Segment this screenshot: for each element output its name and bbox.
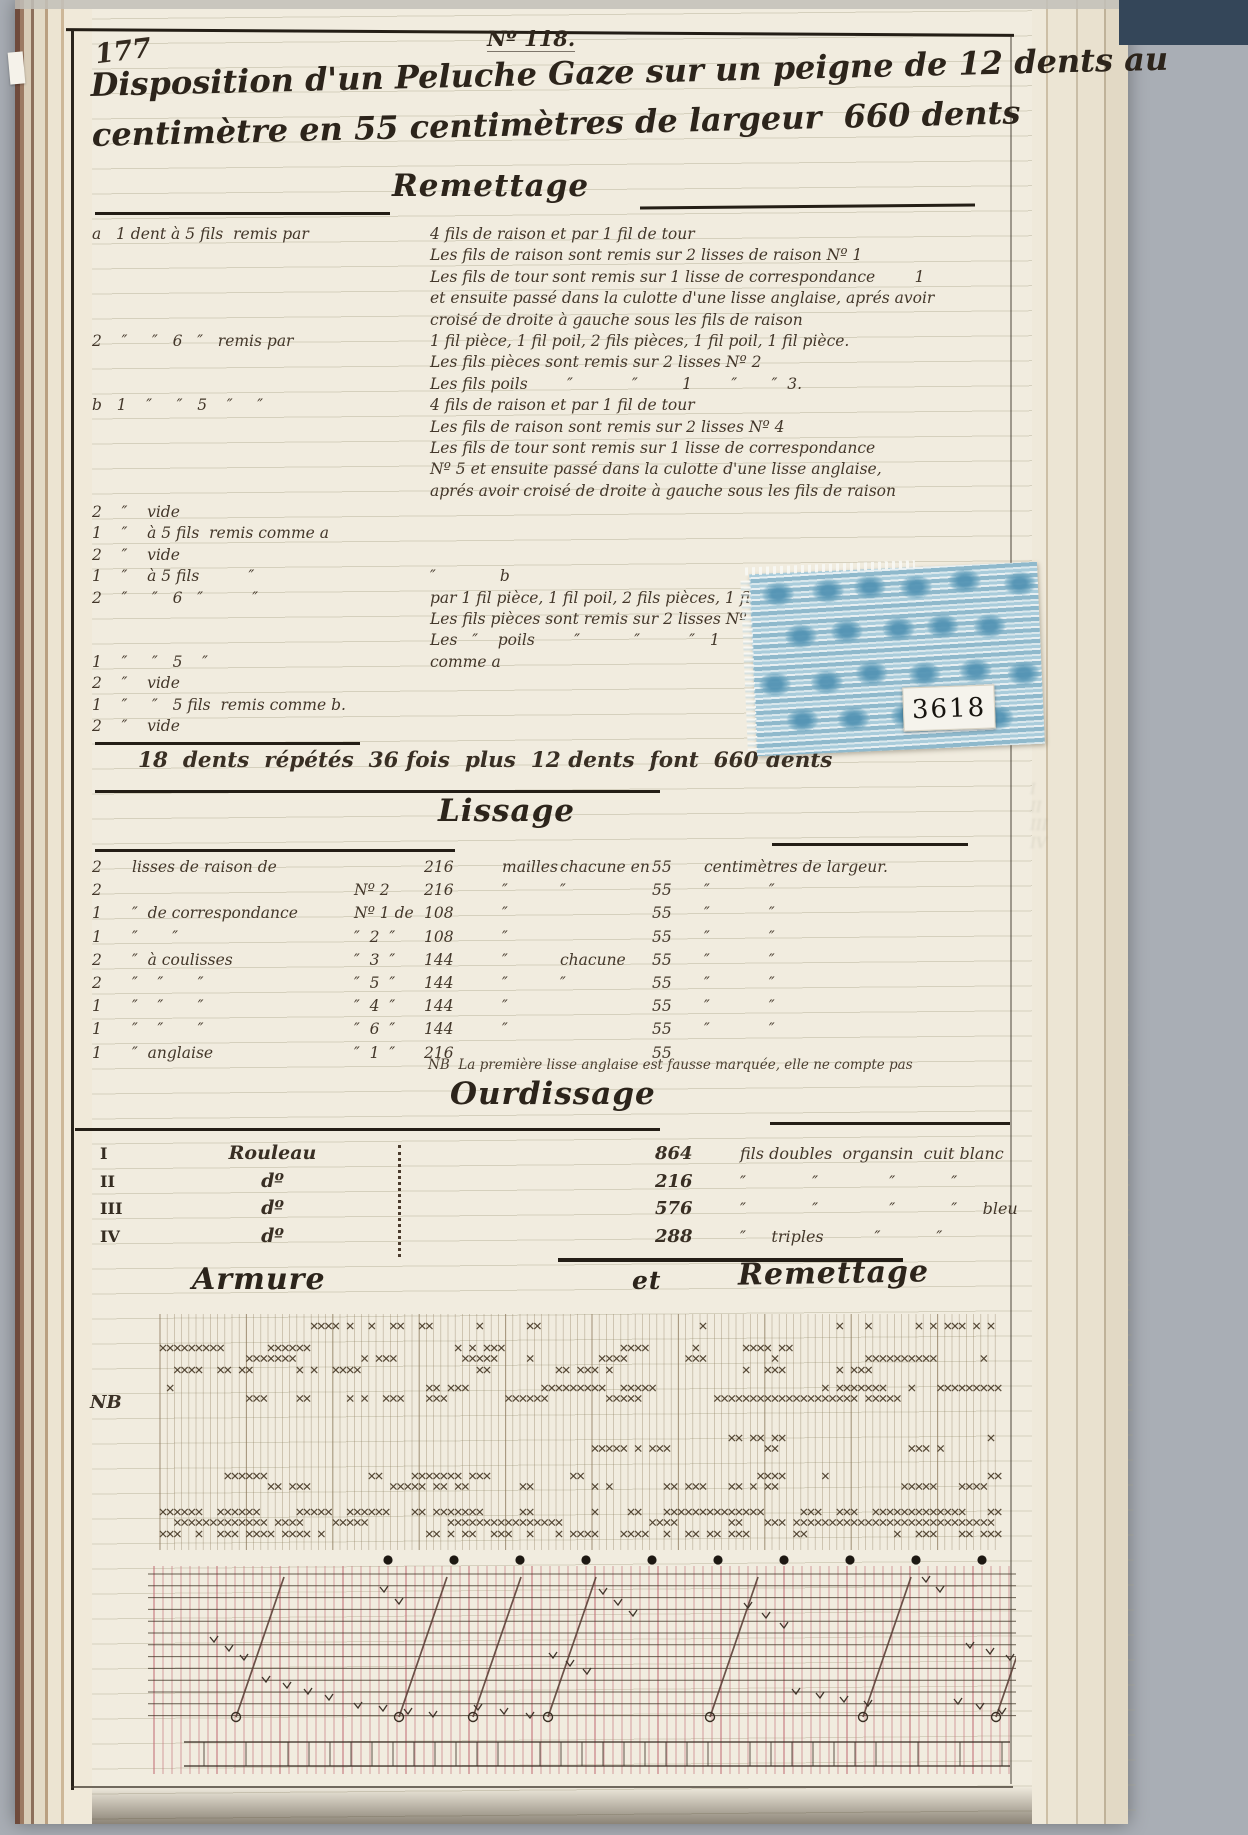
page-edges-right [1032,0,1128,1824]
rouleau-label: dº [145,1195,400,1223]
lissage-width-cm: 55 [652,879,704,902]
ourdissage-row: II dº 216 ″ ″ ″ ″ [100,1168,1010,1196]
remettage-line: 1 ″ à 5 fils remis comme a [92,523,1008,544]
lissage-count: 1 [92,902,132,925]
dents-summary: 18 dents répétés 36 fois plus 12 dents f… [138,748,832,773]
remettage-left-column: 1 ″ à 5 fils remis comme a [92,523,430,544]
page-top-edge [15,0,1128,9]
remettage-line: Les fils de raison sont remis sur 2 liss… [92,245,1008,266]
lissage-tail-quotes: ″ ″ [704,949,1008,972]
armure-heading: Armure [192,1262,326,1297]
swatch-tuft [837,706,870,731]
ourdissage-table: I Rouleau 864 fils doubles organsin cuit… [100,1140,1010,1250]
swatch-tuft [926,614,959,639]
swatch-tuft [810,669,843,694]
lissage-table: 2 lisses de raison de 216 mailles chacun… [92,856,1008,1065]
lissage-row: 2 lisses de raison de 216 mailles chacun… [92,856,1008,879]
rouleau-label: Rouleau [145,1140,400,1168]
rule [95,212,390,215]
lissage-quote: ″ [502,995,560,1018]
remettage-right-column: Les fils de tour sont remis sur 1 lisse … [430,438,1008,459]
remettage-left-column: 2 ″ vide [92,545,430,566]
remettage-right-column: Les fils poils ″ ″ 1 ″ ″ 3. [430,374,1008,395]
lissage-tail-quotes: ″ ″ [704,902,1008,925]
ink-frame-bottom [71,1786,1013,1788]
remettage-line: et ensuite passé dans la culotte d'une l… [92,288,1008,309]
remettage-right-column: Les fils de raison sont remis sur 2 liss… [430,417,1008,438]
lissage-tail-quotes: ″ ″ [704,1018,1008,1041]
remettage-right-column: Les fils de tour sont remis sur 1 lisse … [430,267,1008,288]
margin-note: NB [90,1392,122,1413]
swatch-tuft [853,574,886,599]
lissage-number: ″ 4 ″ [354,995,424,1018]
leader-space [400,1195,655,1223]
lissage-mailles: 216 [424,879,502,902]
remettage-left-column [92,310,430,331]
lissage-width-cm: 55 [652,995,704,1018]
remettage-left-column [92,267,430,288]
lissage-tail-quotes: ″ ″ [704,972,1008,995]
remettage-right-column: croisé de droite à gauche sous les fils … [430,310,1008,331]
lissage-chacune [560,995,652,1018]
lissage-description: ″ ″ ″ [132,1018,354,1041]
remettage-right-column [430,502,1008,523]
swatch-tuft [855,661,888,686]
fil-detail: fils doubles organsin cuit blanc [740,1140,1010,1168]
lissage-chacune: ″ [560,879,652,902]
table-surface-corner [1119,0,1248,45]
lissage-row: 1 ″ ″ ″ ″ 6 ″ 144 ″ 55 ″ ″ [92,1018,1008,1041]
rule [95,742,360,745]
fil-count: 288 [655,1223,740,1251]
lissage-row: 1 ″ ″ ″ 2 ″ 108 ″ 55 ″ ″ [92,926,1008,949]
remettage-line: Les fils pièces sont remis sur 2 lisses … [92,352,1008,373]
lissage-quote: ″ [502,926,560,949]
lissage-chacune [560,926,652,949]
fil-detail: ″ ″ ″ ″ bleu [740,1195,1018,1223]
lissage-description: lisses de raison de [132,856,354,879]
lissage-description: ″ de correspondance [132,902,354,925]
roman-numeral: I [100,1140,145,1168]
remettage-line: croisé de droite à gauche sous les fils … [92,310,1008,331]
lissage-width-cm: 55 [652,902,704,925]
swatch-tuft [761,582,794,607]
roman-numeral: II [100,1168,145,1196]
remettage-line: aprés avoir croisé de droite à gauche so… [92,481,1008,502]
remettage-right-column: 4 fils de raison et par 1 fil de tour [430,224,1008,245]
fil-count: 864 [655,1140,740,1168]
lissage-tail-quotes: ″ ″ [704,879,1008,902]
remettage-line: Nº 5 et ensuite passé dans la culotte d'… [92,459,1008,480]
lissage-count: 2 [92,856,132,879]
rule [75,1128,660,1131]
leader-space [400,1168,655,1196]
remettage-left-column [92,352,430,373]
remettage-line: 2 ″ ″ 6 ″ remis par 1 fil pièce, 1 fil p… [92,331,1008,352]
rule [95,849,455,852]
swatch-tuft [1007,661,1040,686]
lissage-mailles: 144 [424,972,502,995]
swatch-label: 3618 [902,684,995,731]
lissage-chacune [560,902,652,925]
remettage-line: b 1 ″ ″ 5 ″ ″ 4 fils de raison et par 1 … [92,395,1008,416]
lissage-count: 1 [92,926,132,949]
lissage-width-cm: 55 [652,1018,704,1041]
lissage-description: ″ ″ ″ [132,995,354,1018]
armure-point-paper-chart [150,1310,1012,1566]
lissage-number: Nº 1 de [354,902,424,925]
lissage-number [354,856,424,879]
remettage-right-column: 4 fils de raison et par 1 fil de tour [430,395,1008,416]
leader-space [400,1140,655,1168]
lissage-quote: mailles [502,856,560,879]
remettage-right-column: aprés avoir croisé de droite à gauche so… [430,481,1008,502]
remettage-right-column: Les fils de raison sont remis sur 2 liss… [430,245,1008,266]
remettage-left-column: 1 ″ à 5 fils ″ [92,566,430,587]
lissage-chacune [560,1018,652,1041]
lissage-quote: ″ [502,972,560,995]
lissage-row: 2 Nº 2 216 ″ ″ 55 ″ ″ [92,879,1008,902]
lissage-tail-quotes: ″ ″ [704,926,1008,949]
drawdown-red-grid-chart [148,1566,1016,1780]
book-binding-edge [15,0,92,1824]
remettage-left-column: 2 ″ vide [92,673,430,694]
remettage-left-column: 2 ″ ″ 6 ″ remis par [92,331,430,352]
remettage-right-column [430,545,1008,566]
swatch-tuft [1003,571,1036,596]
swatch-tuft [908,661,941,686]
fil-count: 216 [655,1168,740,1196]
remettage-left-column [92,245,430,266]
fil-detail: ″ ″ ″ ″ [740,1168,1010,1196]
lissage-number: ″ 5 ″ [354,972,424,995]
ink-frame-left [71,30,74,1790]
lissage-count: 2 [92,879,132,902]
swatch-tuft [899,575,932,600]
swatch-tuft [786,708,819,733]
lissage-mailles: 144 [424,1018,502,1041]
lissage-width-cm: 55 [652,926,704,949]
remettage-right-column [430,523,1008,544]
lissage-chacune: chacune [560,949,652,972]
remettage-left-column [92,481,430,502]
remettage-line: Les fils poils ″ ″ 1 ″ ″ 3. [92,374,1008,395]
lissage-row: 1 ″ de correspondance Nº 1 de 108 ″ 55 ″… [92,902,1008,925]
fil-detail: ″ triples ″ ″ [740,1223,1010,1251]
remettage-line: Les fils de tour sont remis sur 1 lisse … [92,267,1008,288]
lissage-number: ″ 2 ″ [354,926,424,949]
rule [772,843,968,846]
remettage-left-column [92,459,430,480]
rule [95,790,660,793]
lissage-mailles: 108 [424,926,502,949]
lissage-number: ″ 1 ″ [354,1042,424,1065]
remettage-line: Les fils de raison sont remis sur 2 liss… [92,417,1008,438]
ourdissage-row: IV dº 288 ″ triples ″ ″ [100,1223,1010,1251]
ourdissage-row: I Rouleau 864 fils doubles organsin cuit… [100,1140,1010,1168]
lissage-mailles: 108 [424,902,502,925]
lissage-chacune: ″ [560,972,652,995]
roman-numeral: III [100,1195,145,1223]
remettage-line: Les fils de tour sont remis sur 1 lisse … [92,438,1008,459]
rouleau-label: dº [145,1223,400,1251]
lissage-tail-quotes: ″ ″ [704,995,1008,1018]
lissage-number: ″ 3 ″ [354,949,424,972]
remettage-left-column [92,438,430,459]
lissage-description: ″ anglaise [132,1042,354,1065]
lissage-count: 2 [92,949,132,972]
lissage-tail-quotes: centimètres de largeur. [704,856,1008,879]
remettage-chart-heading: Remettage [738,1254,930,1292]
swatch-tuft [759,672,792,697]
lissage-width-cm: 55 [652,856,704,879]
ourdissage-row: III dº 576 ″ ″ ″ ″ bleu [100,1195,1010,1223]
lissage-quote: ″ [502,1018,560,1041]
lissage-quote: ″ [502,902,560,925]
lissage-row: 2 ″ à coulisses ″ 3 ″ 144 ″ chacune 55 ″… [92,949,1008,972]
remettage-left-column: 2 ″ vide [92,502,430,523]
page-marker-tab [8,51,26,84]
lissage-chacune: chacune en [560,856,652,879]
remettage-left-column: 2 ″ ″ 6 ″ ″ [92,588,430,609]
lissage-description [132,879,354,902]
swatch-tuft [784,623,817,648]
lissage-row: 2 ″ ″ ″ ″ 5 ″ 144 ″ ″ 55 ″ ″ [92,972,1008,995]
swatch-tuft [949,569,982,594]
remettage-left-column: a 1 dent à 5 fils remis par [92,224,430,245]
remettage-left-column: b 1 ″ ″ 5 ″ ″ [92,395,430,416]
lissage-count: 1 [92,995,132,1018]
rule [770,1122,1010,1125]
lissage-quote: ″ [502,949,560,972]
remettage-right-column: Nº 5 et ensuite passé dans la culotte d'… [430,459,1008,480]
remettage-right-column: et ensuite passé dans la culotte d'une l… [430,288,1008,309]
scanned-manuscript: 177 Nº 118. Disposition d'un Peluche Gaz… [0,0,1248,1824]
bleed-through-smudge: I II III IV [1030,780,1048,852]
swatch-tuft [959,658,992,683]
swatch-tuft [973,613,1006,638]
lissage-mailles: 144 [424,949,502,972]
remettage-left-column [92,417,430,438]
dotted-leader-line [398,1145,401,1257]
lissage-description: ″ ″ ″ [132,972,354,995]
lissage-mailles: 216 [424,856,502,879]
fil-count: 576 [655,1195,740,1223]
lissage-count: 1 [92,1042,132,1065]
lissage-number: Nº 2 [354,879,424,902]
lissage-width-cm: 55 [652,972,704,995]
lissage-count: 2 [92,972,132,995]
remettage-heading: Remettage [392,168,589,204]
swatch-tuft [830,618,863,643]
leader-space [400,1223,655,1251]
remettage-left-column [92,374,430,395]
remettage-left-column [92,609,430,630]
remettage-right-column: 1 fil pièce, 1 fil poil, 2 fils pièces, … [430,331,1008,352]
lissage-note: NB La première lisse anglaise est fausse… [428,1057,913,1073]
remettage-left-column: 2 ″ vide [92,716,430,737]
remettage-left-column: 1 ″ ″ 5 fils remis comme b. [92,695,430,716]
et-heading: et [632,1266,661,1295]
lissage-count: 1 [92,1018,132,1041]
lissage-description: ″ à coulisses [132,949,354,972]
lissage-description: ″ ″ [132,926,354,949]
lissage-row: 1 ″ ″ ″ ″ 4 ″ 144 ″ 55 ″ ″ [92,995,1008,1018]
fabric-swatch [749,562,1045,756]
lissage-width-cm: 55 [652,949,704,972]
remettage-left-column [92,630,430,651]
swatch-tuft [811,578,844,603]
lissage-number: ″ 6 ″ [354,1018,424,1041]
lissage-quote: ″ [502,879,560,902]
lissage-heading: Lissage [438,793,575,829]
remettage-left-column [92,288,430,309]
remettage-right-column: Les fils pièces sont remis sur 2 lisses … [430,352,1008,373]
rouleau-label: dº [145,1168,400,1196]
remettage-line: a 1 dent à 5 fils remis par 4 fils de ra… [92,224,1008,245]
remettage-left-column: 1 ″ ″ 5 ″ [92,652,430,673]
lissage-mailles: 144 [424,995,502,1018]
ourdissage-heading: Ourdissage [450,1076,656,1112]
swatch-tuft [882,616,915,641]
remettage-line: 2 ″ vide [92,502,1008,523]
roman-numeral: IV [100,1223,145,1251]
